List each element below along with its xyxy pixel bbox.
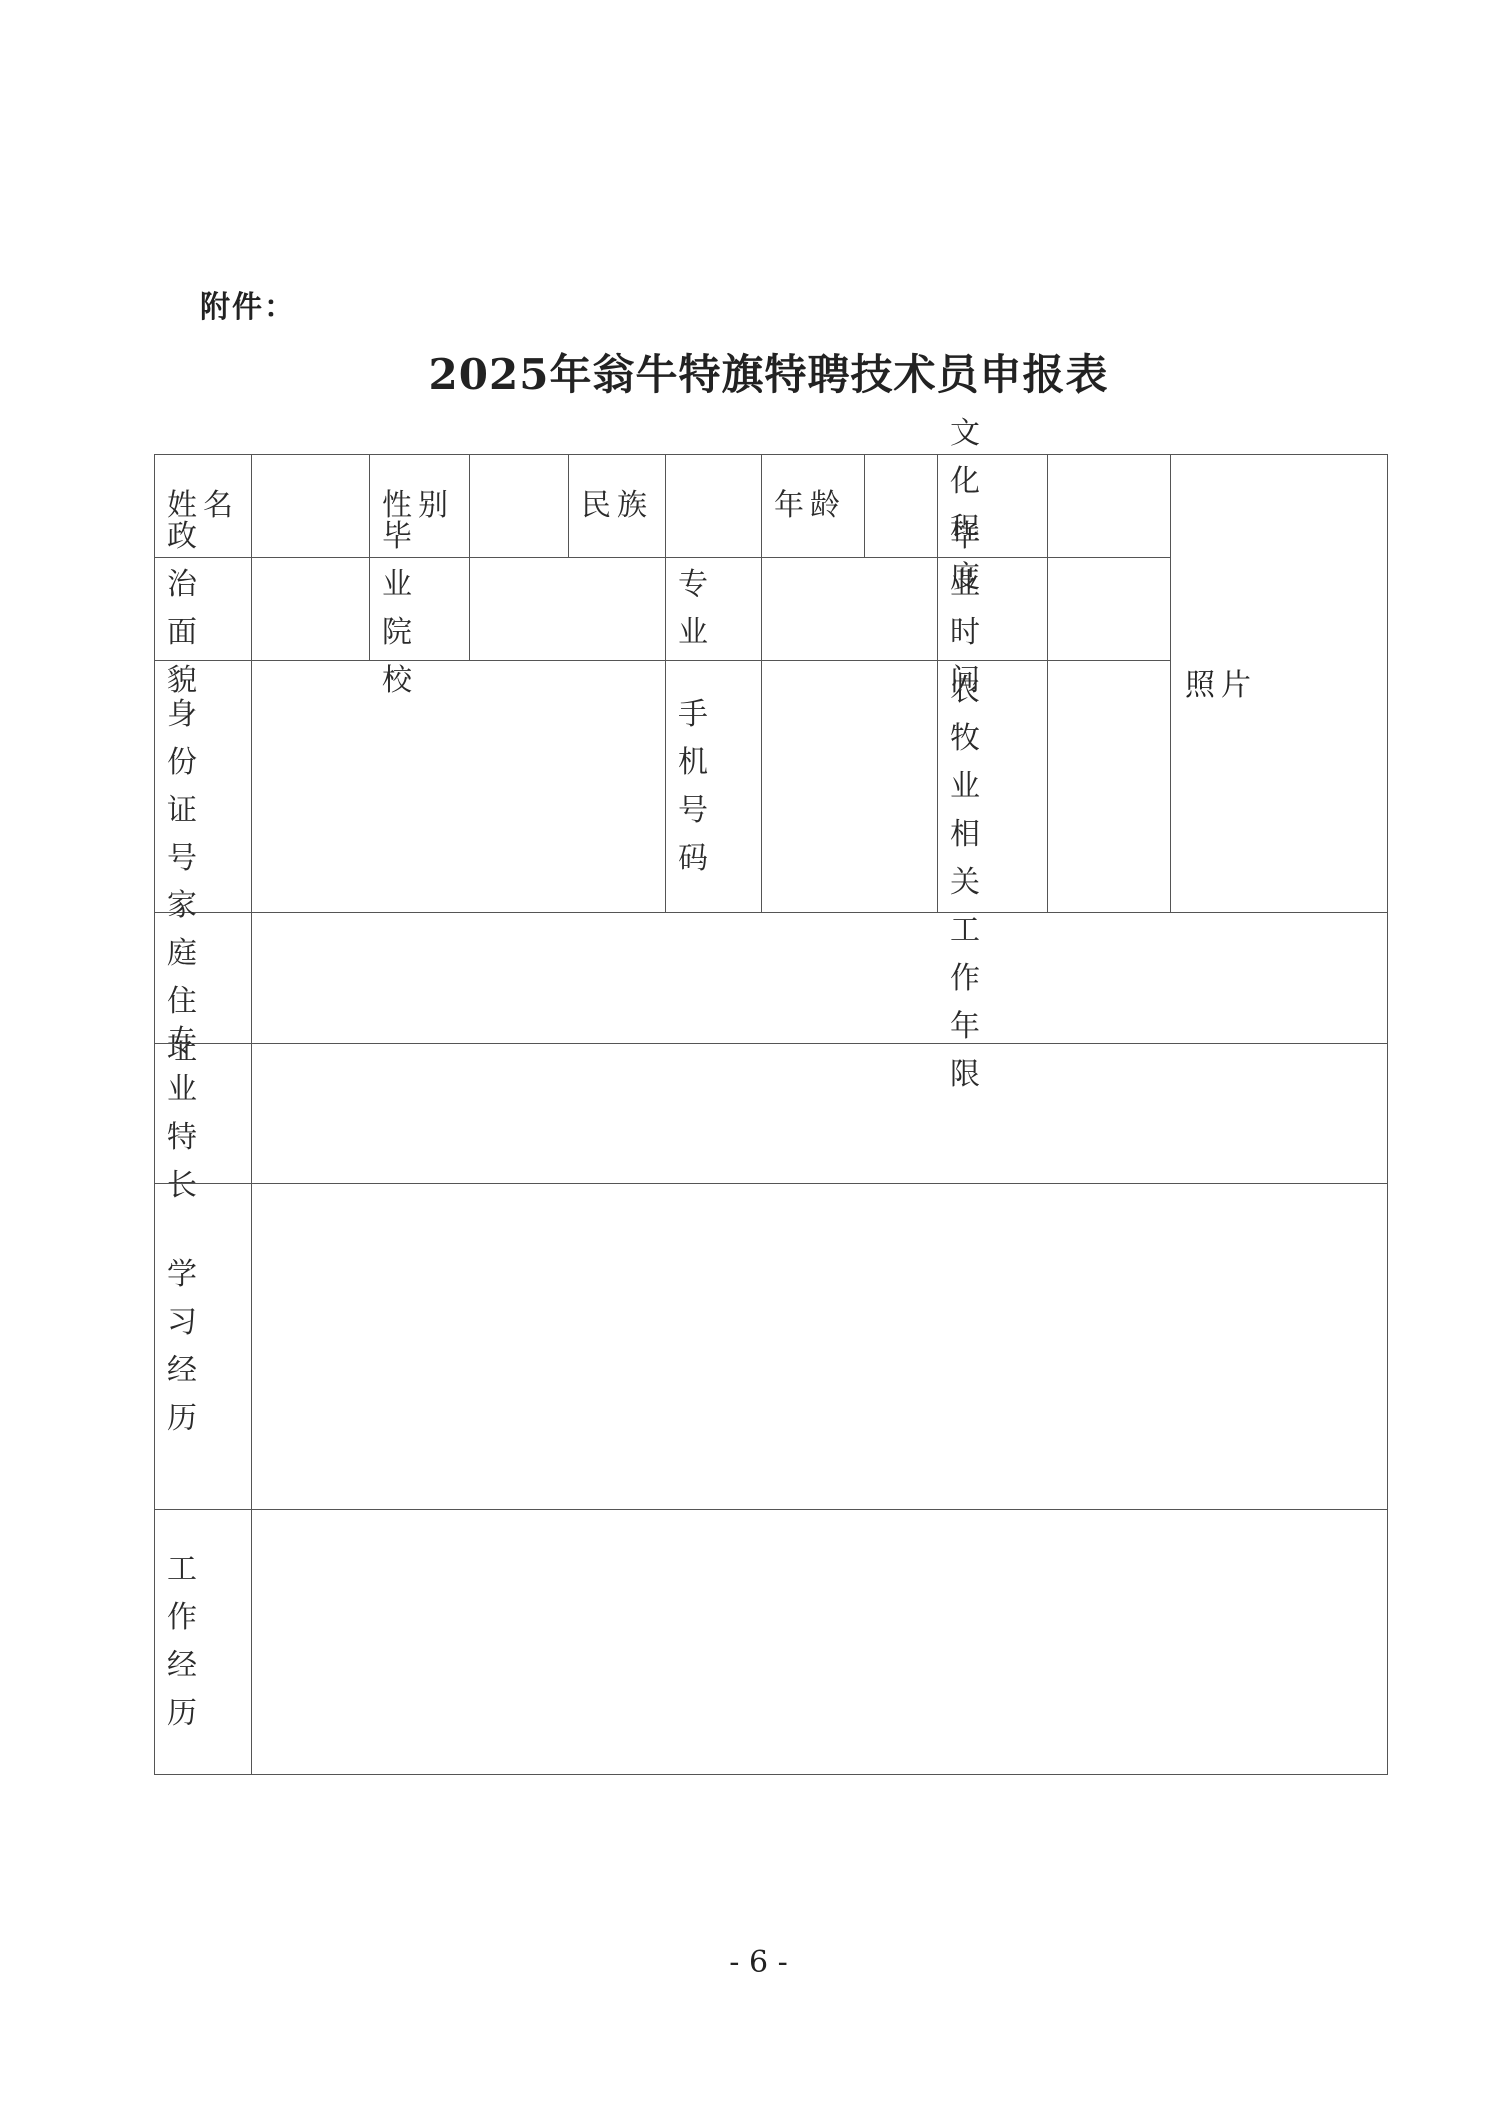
major-label: 专业 [665,557,762,661]
major-field[interactable] [761,557,938,661]
education-history-field[interactable] [251,1183,1388,1510]
phone-field[interactable] [761,660,938,913]
graduation-time-label: 毕业时间 [937,557,1048,661]
education-level-field[interactable] [1047,454,1171,558]
specialty-field[interactable] [251,1043,1388,1184]
photo-label: 照片 [1185,660,1257,704]
school-field[interactable] [469,557,666,661]
agri-experience-years-label: 农牧业相关工作年限 [937,660,1048,913]
specialty-label: 专业特长 [154,1043,252,1184]
phone-label: 手机号码 [665,660,762,913]
gender-field[interactable] [469,454,569,558]
age-field[interactable] [864,454,938,558]
agri-experience-years-field[interactable] [1047,660,1171,913]
work-history-label: 工作经历 [154,1509,252,1775]
id-number-label: 身份证号 [154,660,252,913]
photo-box[interactable]: 照片 [1170,454,1388,913]
ethnicity-label: 民族 [568,454,666,558]
political-status-field[interactable] [251,557,370,661]
home-address-field[interactable] [251,912,1388,1044]
attachment-label: 附件： [200,282,296,326]
name-field[interactable] [251,454,370,558]
application-form: 姓名 性别 民族 年龄 文化程度 照片 政治面貌 毕业院校 专业 毕业时间 身份… [155,455,1388,1775]
page-number: - 6 - [0,1945,1487,1980]
graduation-time-field[interactable] [1047,557,1171,661]
age-label: 年龄 [761,454,865,558]
education-history-label: 学习经历 [154,1183,252,1510]
ethnicity-field[interactable] [665,454,762,558]
id-number-field[interactable] [251,660,666,913]
political-status-label: 政治面貌 [154,557,252,661]
work-history-field[interactable] [251,1509,1388,1775]
document-title: 2025年翁牛特旗特聘技术员申报表 [0,342,1487,402]
school-label: 毕业院校 [369,557,470,661]
